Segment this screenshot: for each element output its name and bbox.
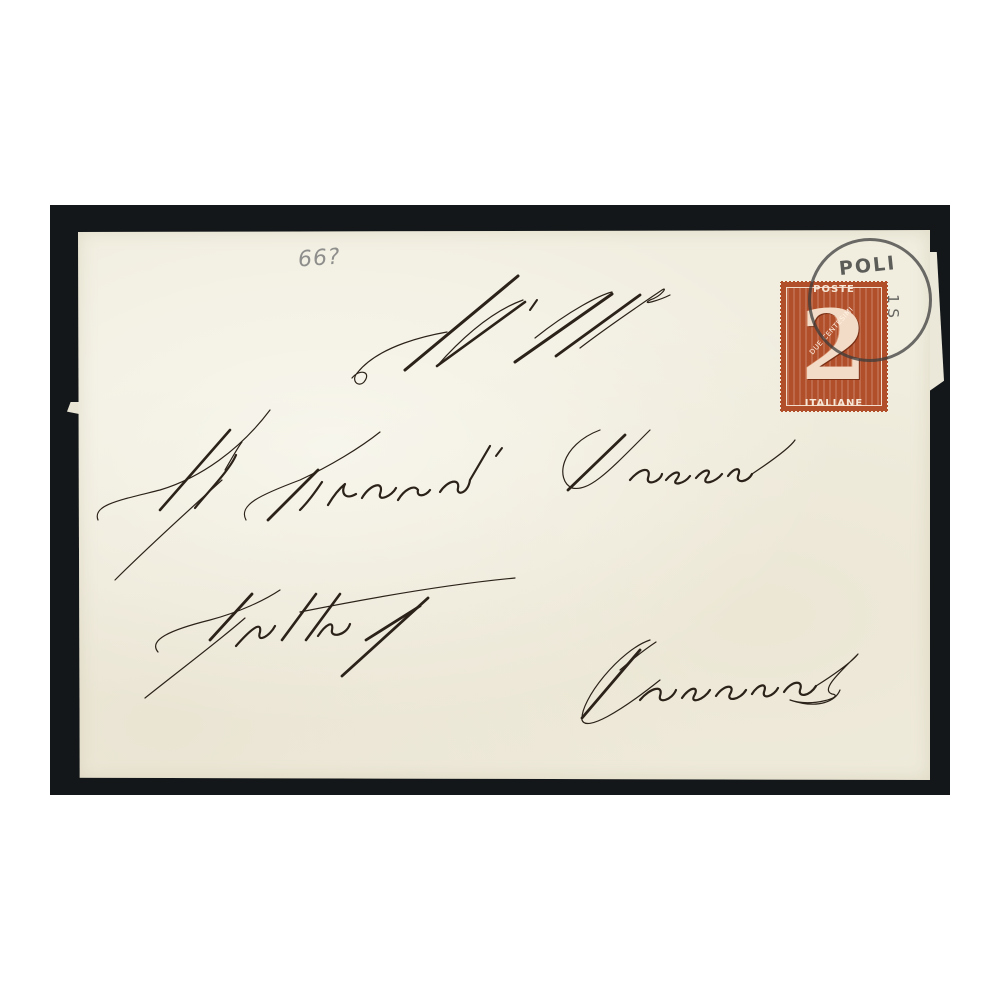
stamp-bottom-text: ITALIANE (780, 398, 888, 409)
postmark-date: 1 S (884, 294, 902, 318)
postmark-town: POLI (838, 252, 897, 280)
pencil-annotation: 66? (297, 245, 341, 273)
address-line-1: All'Ill.mo (0, 0, 1, 1)
address-transcription: All'Ill.mo Sig.r Sindaco di Cascia Spole… (0, 0, 1, 1)
circular-postmark: POLI 1 S (808, 238, 932, 362)
